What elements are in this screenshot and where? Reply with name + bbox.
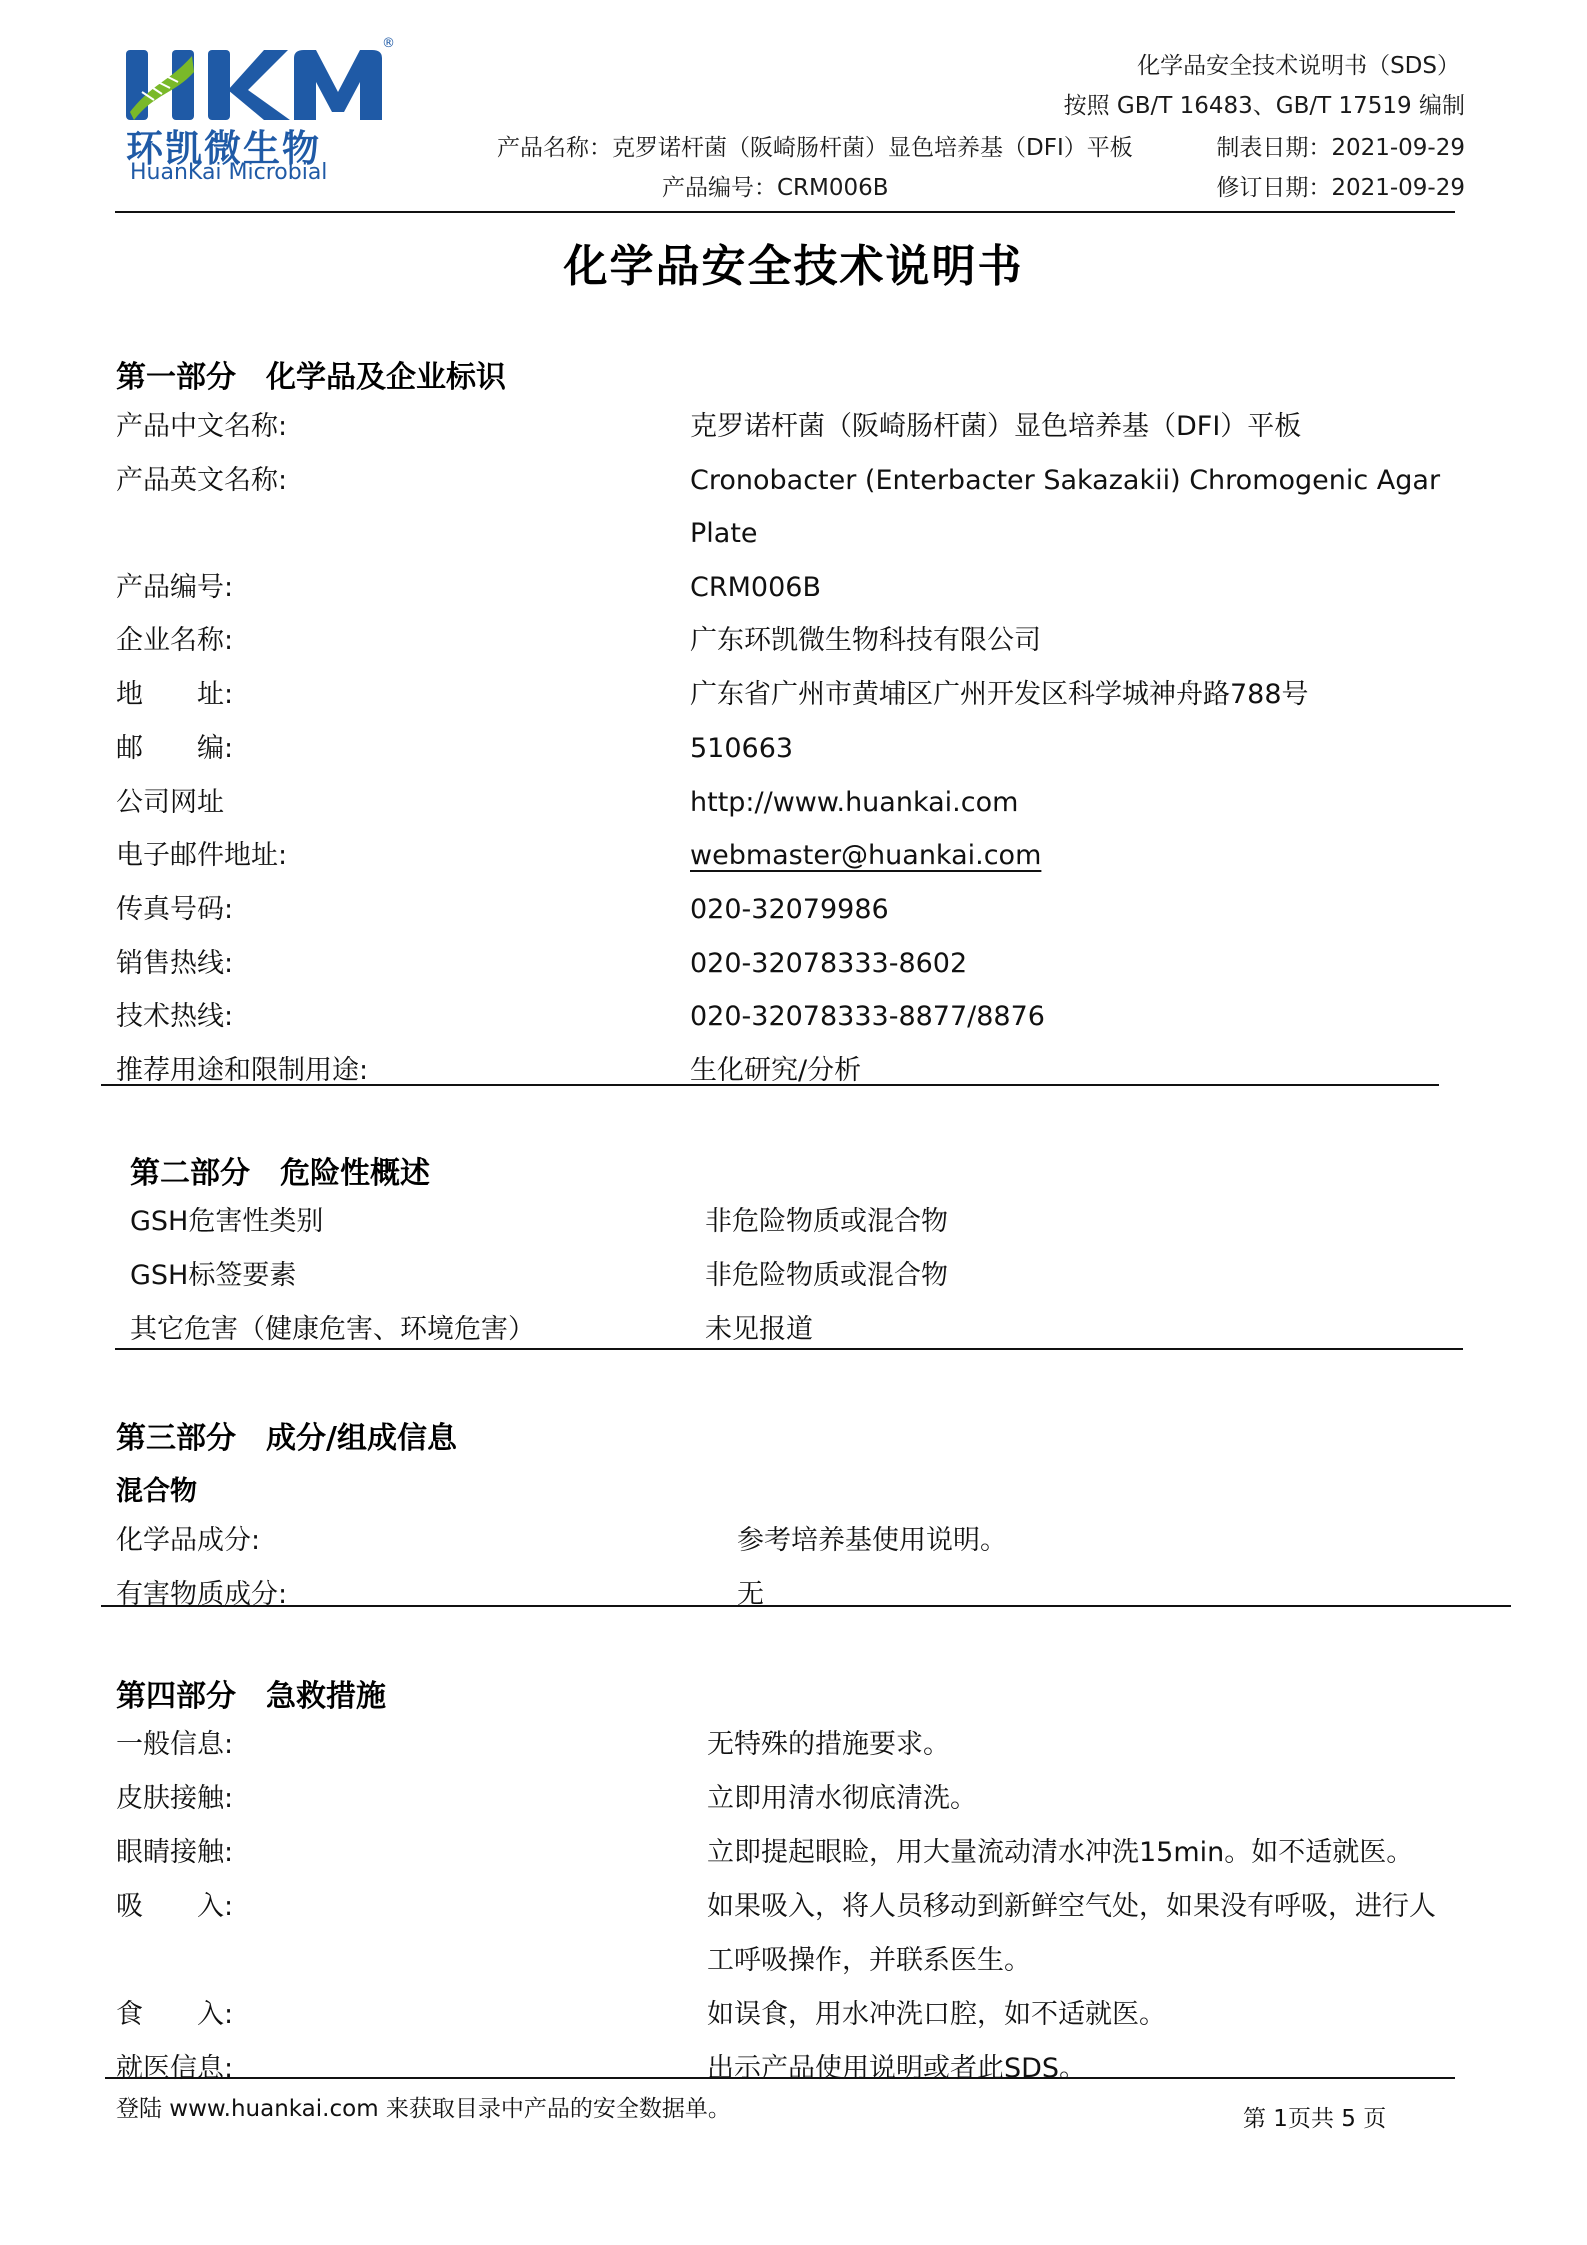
logo-english-name: HuanKai Microbial	[130, 160, 327, 185]
row-value: Cronobacter (Enterbacter Sakazakii) Chro…	[690, 463, 1440, 499]
row-value: 非危险物质或混合物	[705, 1258, 948, 1294]
row-value: 020-32078333-8602	[690, 946, 967, 982]
row-value: 广东省广州市黄埔区广州开发区科学城神舟路788号	[690, 677, 1309, 713]
row-label: 有害物质成分:	[116, 1577, 287, 1613]
row-value: 如果吸入，将人员移动到新鲜空气处，如果没有呼吸，进行人	[707, 1889, 1436, 1925]
row-label: 食 入:	[116, 1997, 233, 2033]
row-label: GSH标签要素	[130, 1258, 296, 1294]
row-label: 皮肤接触:	[116, 1781, 233, 1817]
row-value: 参考培养基使用说明。	[737, 1523, 1007, 1559]
row-label: 产品英文名称:	[116, 463, 287, 499]
row-value: 广东环凯微生物科技有限公司	[690, 623, 1041, 659]
section-2-rule	[115, 1348, 1463, 1350]
row-label: 其它危害（健康危害、环境危害）	[130, 1312, 535, 1348]
company-logo: ® 环凯微生物 HuanKai Microbial	[120, 36, 400, 186]
row-label: 技术热线:	[116, 999, 233, 1035]
row-label: 产品中文名称:	[116, 409, 287, 445]
footer-rule	[105, 2077, 1455, 2079]
page-number: 第 1页共 5 页	[1243, 2100, 1386, 2133]
row-value: 未见报道	[705, 1312, 813, 1348]
row-label: 一般信息:	[116, 1727, 233, 1763]
row-value: 020-32078333-8877/8876	[690, 999, 1045, 1035]
row-label: 邮 编:	[116, 731, 233, 767]
section-1-heading: 第一部分 化学品及企业标识	[116, 352, 506, 396]
header-revised-date: 修订日期：2021-09-29	[1216, 173, 1465, 203]
header-standard: 按照 GB/T 16483、GB/T 17519 编制	[1064, 91, 1465, 121]
row-value: 020-32079986	[690, 892, 889, 928]
section-2-heading: 第二部分 危险性概述	[130, 1148, 430, 1192]
row-label: 公司网址	[116, 785, 224, 821]
section-4-heading: 第四部分 急救措施	[116, 1671, 386, 1715]
header-product-code: 产品编号：CRM006B	[662, 173, 889, 203]
header-made-date: 制表日期：2021-09-29	[1216, 133, 1465, 163]
registered-mark: ®	[382, 36, 395, 51]
row-value: 无特殊的措施要求。	[707, 1727, 950, 1763]
section-3-rule	[101, 1605, 1511, 1607]
row-label: 产品编号:	[116, 570, 233, 606]
row-value: webmaster@huankai.com	[690, 838, 1041, 874]
row-value: 非危险物质或混合物	[705, 1204, 948, 1240]
row-value: 510663	[690, 731, 793, 767]
row-label: 企业名称:	[116, 623, 233, 659]
row-label: 电子邮件地址:	[116, 838, 287, 874]
section-3-subheading: 混合物	[116, 1469, 197, 1508]
row-value: 立即提起眼睑，用大量流动清水冲洗15min。如不适就医。	[707, 1835, 1413, 1871]
row-value: CRM006B	[690, 570, 821, 606]
row-label: 眼睛接触:	[116, 1835, 233, 1871]
row-label: 就医信息:	[116, 2051, 233, 2087]
row-label: 化学品成分:	[116, 1523, 260, 1559]
row-value-continued: 工呼吸操作，并联系医生。	[707, 1943, 1031, 1979]
email-link[interactable]: webmaster@huankai.com	[690, 840, 1041, 871]
row-value: 立即用清水彻底清洗。	[707, 1781, 977, 1817]
section-1-rule	[101, 1084, 1439, 1086]
header-rule	[115, 211, 1455, 213]
row-value: 出示产品使用说明或者此SDS。	[707, 2051, 1086, 2087]
row-label: 吸 入:	[116, 1889, 233, 1925]
header-product-name: 产品名称：克罗诺杆菌（阪崎肠杆菌）显色培养基（DFI）平板	[497, 133, 1133, 163]
row-label: 地 址:	[116, 677, 233, 713]
section-3-heading: 第三部分 成分/组成信息	[116, 1413, 457, 1457]
row-label: GSH危害性类别	[130, 1204, 323, 1240]
row-label: 销售热线:	[116, 946, 233, 982]
header-doc-type: 化学品安全技术说明书（SDS）	[1137, 51, 1460, 81]
row-value: 克罗诺杆菌（阪崎肠杆菌）显色培养基（DFI）平板	[690, 409, 1301, 445]
row-value-continued: Plate	[690, 516, 758, 552]
row-value: http://www.huankai.com	[690, 785, 1018, 821]
page-title: 化学品安全技术说明书	[0, 230, 1587, 294]
row-value: 无	[737, 1577, 764, 1613]
row-label: 传真号码:	[116, 892, 233, 928]
hkm-logo-mark-icon	[124, 42, 394, 124]
footer-note: 登陆 www.huankai.com 来获取目录中产品的安全数据单。	[116, 2090, 731, 2123]
row-value: 如误食，用水冲洗口腔，如不适就医。	[707, 1997, 1166, 2033]
